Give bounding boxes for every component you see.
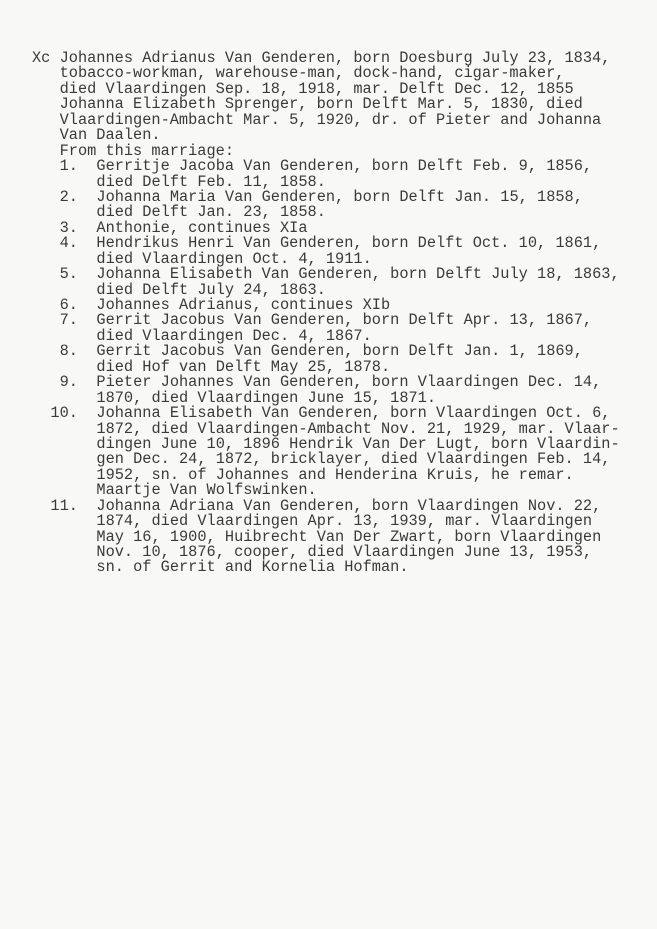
item-number: 11. <box>50 499 96 514</box>
item-number: 2. <box>60 190 97 205</box>
item-number: 7. <box>60 313 97 328</box>
item-number: 8. <box>60 344 97 359</box>
item-number: 10. <box>50 406 96 421</box>
item-number: 5. <box>60 267 97 282</box>
item-number: 4. <box>60 236 97 251</box>
item-number: 1. <box>60 159 97 174</box>
item-number: 9. <box>60 375 97 390</box>
child-entry-continuation: sn. of Gerrit and Kornelia Hofman. <box>32 560 620 575</box>
typewritten-genealogy-entry: XcJohannes Adrianus Van Genderen, born D… <box>32 51 620 576</box>
line-text: sn. of Gerrit and Kornelia Hofman. <box>96 558 408 576</box>
entry-label: Xc <box>32 51 60 66</box>
document-page: XcJohannes Adrianus Van Genderen, born D… <box>0 0 657 929</box>
